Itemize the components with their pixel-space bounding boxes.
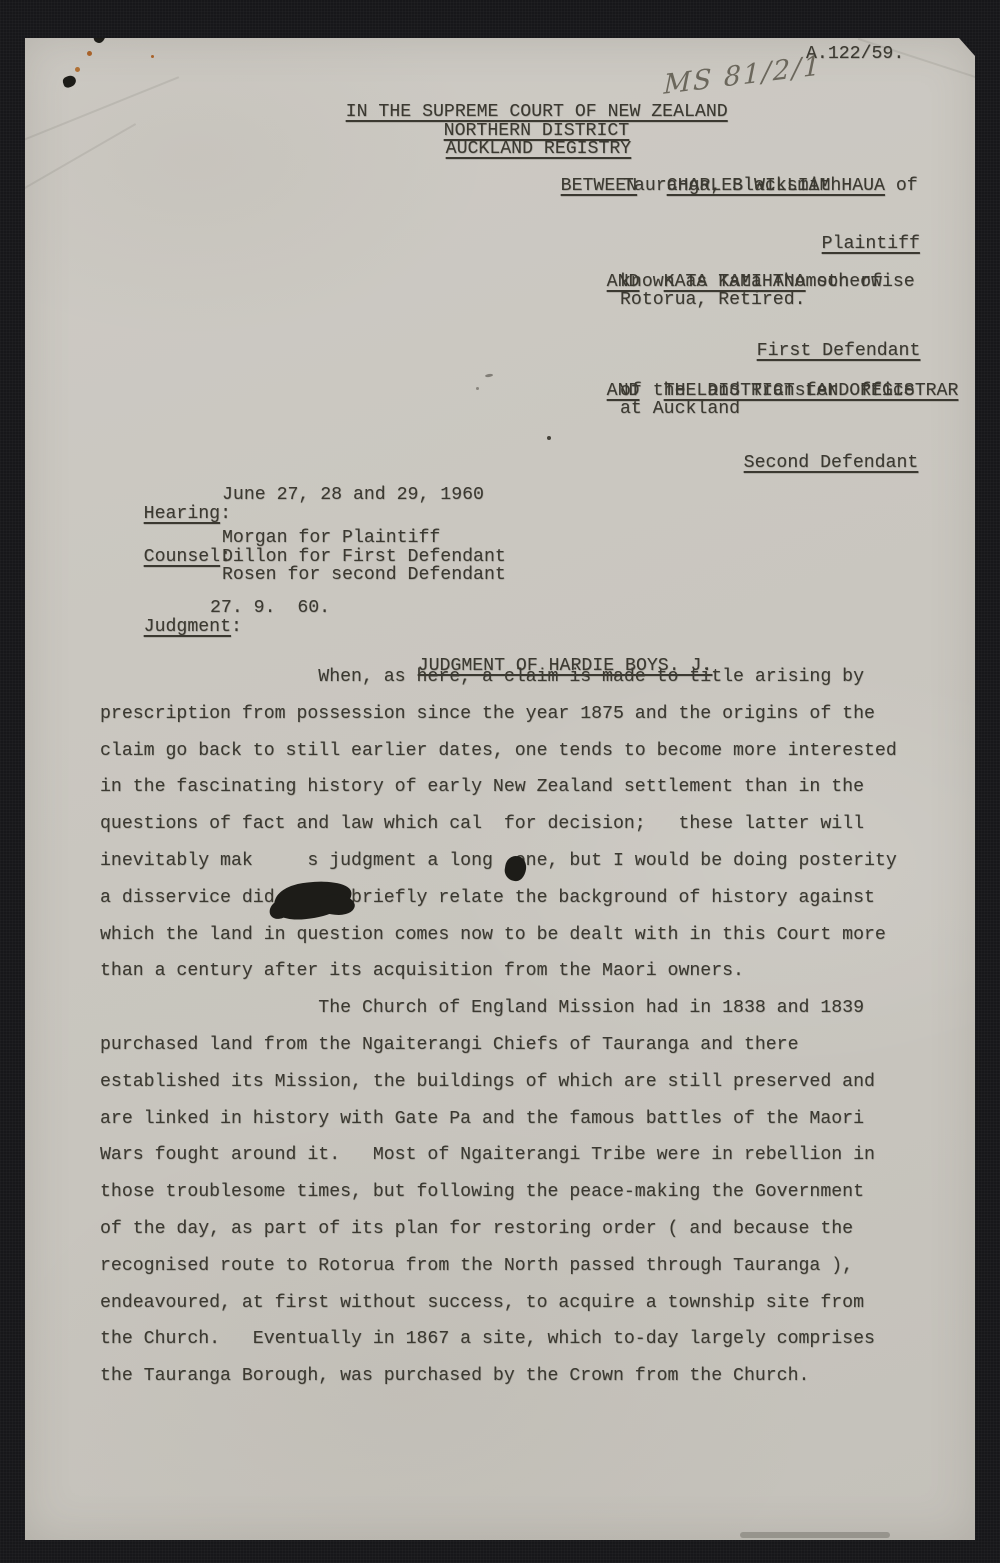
body-line: established its Mission, the buildings o… <box>100 1064 897 1101</box>
first-defendant-description-1: known as Kata Thomson of <box>620 273 882 292</box>
rust-speck <box>151 55 154 58</box>
body-line: which the land in question comes now to … <box>100 917 897 954</box>
body-line: are linked in history with Gate Pa and t… <box>100 1101 897 1138</box>
counsel-line: Dillon for First Defendant <box>222 548 506 567</box>
body-line: of the day, as part of its plan for rest… <box>100 1211 897 1248</box>
body-line: The Church of England Mission had in 183… <box>100 990 897 1027</box>
edge-smudge <box>740 1532 890 1538</box>
body-line: recognised route to Rotorua from the Nor… <box>100 1248 897 1285</box>
judgment-date-value: 27. 9. 60. <box>210 599 330 618</box>
pencil-mark <box>485 373 493 377</box>
body-line: endeavoured, at first without success, t… <box>100 1285 897 1322</box>
second-defendant-description-1: of the Land Transfer Office <box>620 382 915 401</box>
body-line: Wars fought around it. Most of Ngaiteran… <box>100 1137 897 1174</box>
body-line: prescription from possession since the y… <box>100 696 897 733</box>
ink-speck <box>62 74 78 88</box>
counsel-line: Rosen for second Defendant <box>222 566 506 585</box>
document-page: MS 81/2/1 A.122/59. IN THE SUPREME COURT… <box>25 38 975 1540</box>
rust-speck <box>87 51 92 56</box>
ink-dot <box>547 436 551 440</box>
body-line: than a century after its acquisition fro… <box>100 953 897 990</box>
judgment-body: When, as here, a claim is made to title … <box>100 659 897 1395</box>
body-line: purchased land from the Ngaiterangi Chie… <box>100 1027 897 1064</box>
second-defendant-description-2: at Auckland <box>620 400 740 419</box>
case-file-number: A.122/59. <box>806 45 904 64</box>
first-defendant-description-2: Rotorua, Retired. <box>620 291 806 310</box>
body-line: claim go back to still earlier dates, on… <box>100 733 897 770</box>
counsel-label: Counsel: <box>100 529 231 585</box>
paper-crease <box>21 76 179 142</box>
body-line: the Tauranga Borough, was purchased by t… <box>100 1358 897 1395</box>
plaintiff-name-suffix: of <box>885 176 918 196</box>
body-line: inevitably mak s judgment a long one, bu… <box>100 843 897 880</box>
paper-crease <box>14 123 136 195</box>
ink-dot <box>476 387 479 390</box>
second-defendant-role: Second Defendant <box>700 435 918 491</box>
body-line: a disservice did I not briefly relate th… <box>100 880 897 917</box>
body-line: in the fascinating history of early New … <box>100 769 897 806</box>
body-line: questions of fact and law which cal for … <box>100 806 897 843</box>
hearing-value: June 27, 28 and 29, 1960 <box>222 486 484 505</box>
body-line: When, as here, a claim is made to title … <box>100 659 897 696</box>
body-line: the Church. Eventually in 1867 a site, w… <box>100 1321 897 1358</box>
counsel-line: Morgan for Plaintiff <box>222 529 440 548</box>
plaintiff-description: Tauranga, Blacksmith <box>623 177 841 196</box>
body-line: those troublesome times, but following t… <box>100 1174 897 1211</box>
registry-text: AUCKLAND REGISTRY <box>446 139 632 159</box>
rust-speck <box>75 67 80 72</box>
between-label: BETWEEN <box>517 158 637 214</box>
